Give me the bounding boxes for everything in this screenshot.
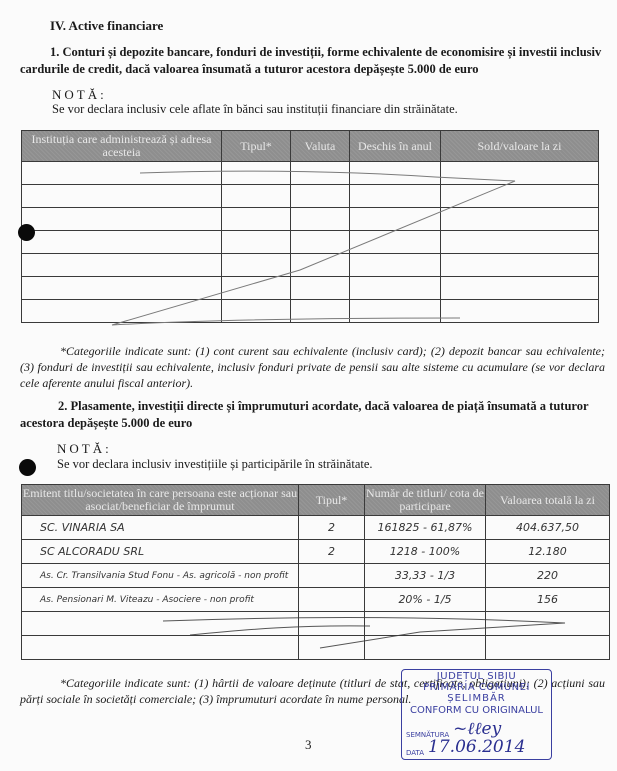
col-header-type: Tipul* [222, 131, 291, 162]
value-cell: 12.180 [486, 540, 610, 564]
issuer-cell: SC. VINARIA SA [22, 516, 299, 540]
page-number: 3 [305, 737, 312, 753]
col-header-shares: Număr de titluri/ cota de participare [365, 485, 486, 516]
bank-accounts-table: Instituția care administrează și adresa … [21, 130, 599, 323]
section1-nota-text: Se vor declara inclusiv cele aflate în b… [52, 102, 458, 117]
section-title: IV. Active financiare [50, 18, 163, 34]
table-row [22, 185, 599, 208]
col-header-balance: Sold/valoare la zi [441, 131, 599, 162]
col-header-issuer: Emitent titlu/societatea în care persoan… [22, 485, 299, 516]
stamp-office: PRIMĂRIA COMUNEI [402, 682, 551, 693]
punch-hole-icon [19, 459, 36, 476]
stamp-date-value: 17.06.2014 [428, 737, 525, 757]
section1-heading: 1. Conturi și depozite bancare, fonduri … [20, 44, 610, 78]
col-header-currency: Valuta [291, 131, 350, 162]
stamp-date-label: DATA [406, 749, 424, 757]
table-row [22, 612, 610, 636]
value-cell: 156 [486, 588, 610, 612]
issuer-cell: As. Cr. Transilvania Stud Fonu - As. agr… [22, 564, 299, 588]
table-row [22, 208, 599, 231]
punch-hole-icon [18, 224, 35, 241]
table-row [22, 277, 599, 300]
table-row [22, 254, 599, 277]
table-row: SC. VINARIA SA 2 161825 - 61,87% 404.637… [22, 516, 610, 540]
investments-table: Emitent titlu/societatea în care persoan… [21, 484, 610, 660]
value-cell: 404.637,50 [486, 516, 610, 540]
value-cell: 220 [486, 564, 610, 588]
issuer-cell: As. Pensionari M. Viteazu - Asociere - n… [22, 588, 299, 612]
section1-nota-label: NOTĂ: [52, 87, 107, 103]
shares-cell: 33,33 - 1/3 [365, 564, 486, 588]
section1-categories-note: *Categoriile indicate sunt: (1) cont cur… [20, 343, 605, 391]
table-row: As. Pensionari M. Viteazu - Asociere - n… [22, 588, 610, 612]
table-header-row: Instituția care administrează și adresa … [22, 131, 599, 162]
shares-cell: 1218 - 100% [365, 540, 486, 564]
table-row [22, 300, 599, 323]
stamp-certification: CONFORM CU ORIGINALUL [402, 705, 551, 716]
col-header-institution: Instituția care administrează și adresa … [22, 131, 222, 162]
section2-nota-text: Se vor declara inclusiv investițiile și … [57, 457, 373, 472]
type-cell [299, 588, 365, 612]
type-cell [299, 564, 365, 588]
section2-heading: 2. Plasamente, investiții directe și împ… [20, 398, 610, 432]
shares-cell: 161825 - 61,87% [365, 516, 486, 540]
table-header-row: Emitent titlu/societatea în care persoan… [22, 485, 610, 516]
issuer-cell: SC ALCORADU SRL [22, 540, 299, 564]
type-cell: 2 [299, 540, 365, 564]
table-row: SC ALCORADU SRL 2 1218 - 100% 12.180 [22, 540, 610, 564]
section2-nota-label: NOTĂ: [57, 441, 112, 457]
type-cell: 2 [299, 516, 365, 540]
table-row: As. Cr. Transilvania Stud Fonu - As. agr… [22, 564, 610, 588]
stamp-commune: ȘELIMBĂR [402, 693, 551, 704]
table-row [22, 162, 599, 185]
shares-cell: 20% - 1/5 [365, 588, 486, 612]
stamp-date-row: DATA 17.06.2014 [402, 737, 551, 757]
stamp-signature-row: SEMNĂTURA ~ℓℓey [402, 719, 551, 739]
signature-icon: ~ℓℓey [453, 719, 501, 739]
table-row [22, 636, 610, 660]
col-header-opened-year: Deschis în anul [350, 131, 441, 162]
col-header-total-value: Valoarea totală la zi [486, 485, 610, 516]
official-stamp: JUDEȚUL SIBIU PRIMĂRIA COMUNEI ȘELIMBĂR … [401, 669, 552, 760]
col-header-type: Tipul* [299, 485, 365, 516]
table-row [22, 231, 599, 254]
stamp-county: JUDEȚUL SIBIU [402, 671, 551, 682]
